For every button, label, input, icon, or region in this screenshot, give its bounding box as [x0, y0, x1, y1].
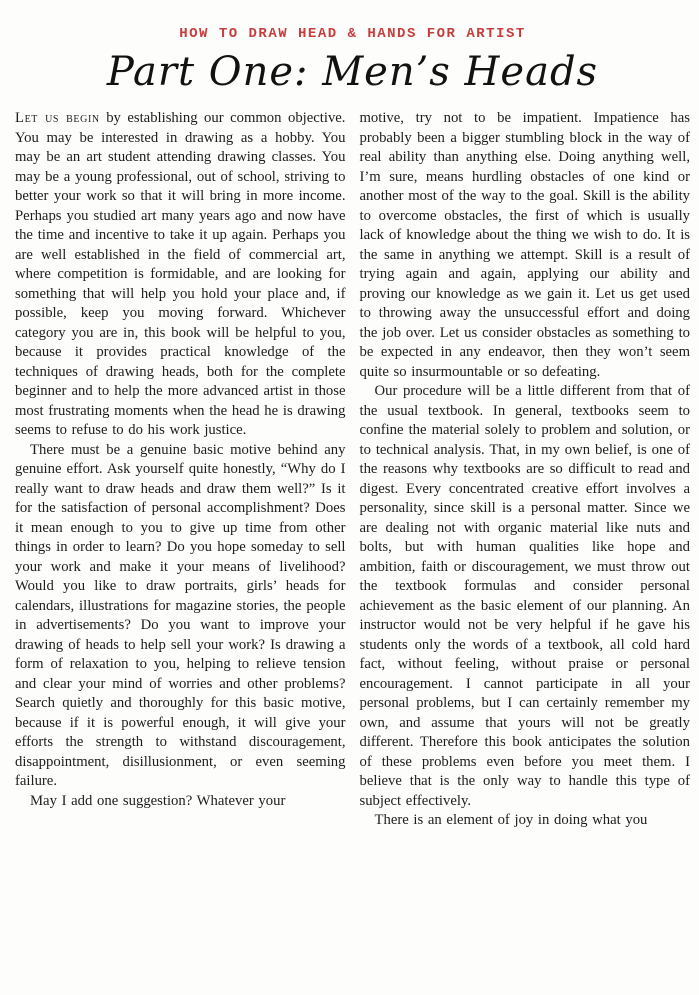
paragraph: There is an element of joy in doing what…: [360, 811, 691, 831]
book-page: HOW TO DRAW HEAD & HANDS FOR ARTIST Part…: [0, 0, 699, 995]
right-column: motive, try not to be impatient. Impatie…: [360, 109, 691, 831]
paragraph: Our procedure will be a little different…: [360, 382, 691, 811]
paragraph-continuation: motive, try not to be impatient. Impatie…: [360, 109, 691, 382]
page-header: HOW TO DRAW HEAD & HANDS FOR ARTIST Part…: [15, 26, 690, 96]
part-title: Part One: Men’s Heads: [15, 48, 690, 96]
series-title: HOW TO DRAW HEAD & HANDS FOR ARTIST: [15, 26, 690, 42]
opening-text: by establishing our common objective. Yo…: [15, 110, 346, 438]
left-column: Let us begin by establishing our common …: [15, 109, 346, 831]
text-columns: Let us begin by establishing our common …: [15, 109, 690, 831]
paragraph: May I add one suggestion? Whatever your: [15, 792, 346, 812]
opening-lead-smallcaps: Let us begin: [15, 110, 100, 126]
paragraph-opening: Let us begin by establishing our common …: [15, 109, 346, 441]
paragraph: There must be a genuine basic motive beh…: [15, 441, 346, 792]
